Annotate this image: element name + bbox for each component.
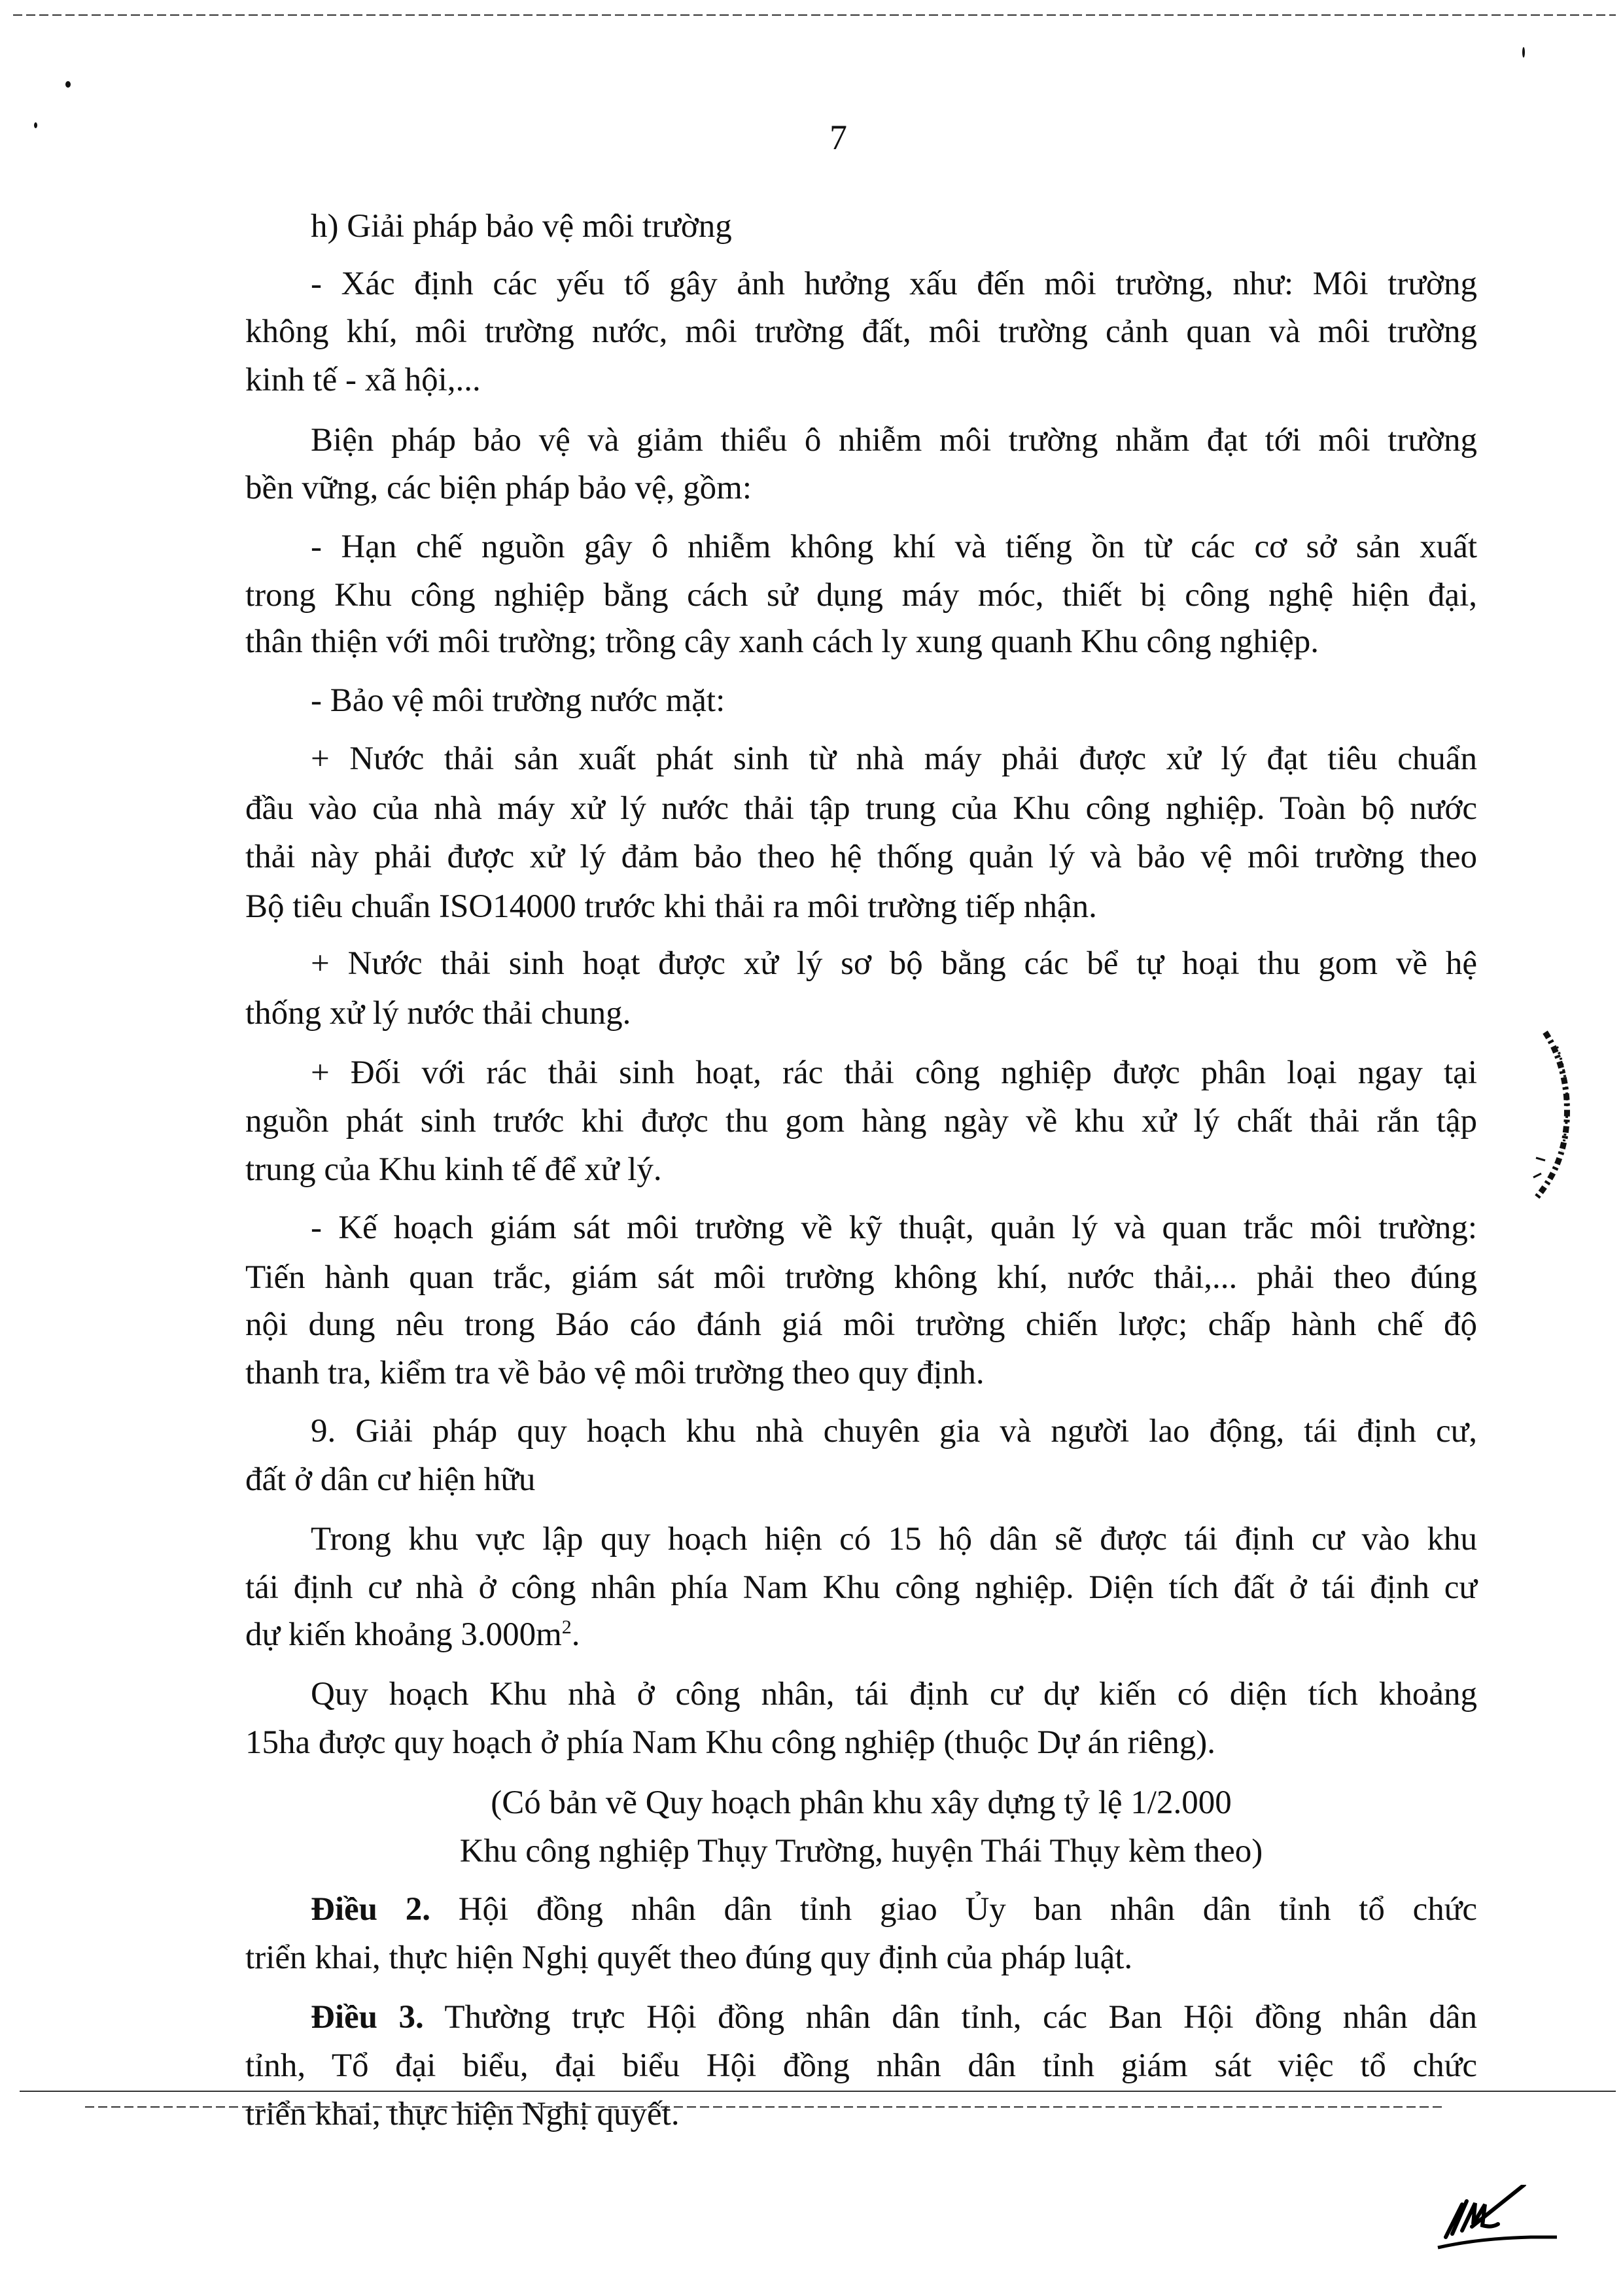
- article-2-label: Điều 2.: [311, 1891, 430, 1928]
- paragraph-line: + Nước thải sinh hoạt được xử lý sơ bộ b…: [311, 944, 1477, 983]
- scan-speck: [1522, 47, 1525, 58]
- paragraph-line: 15ha được quy hoạch ở phía Nam Khu công …: [245, 1723, 1215, 1762]
- article-2-text: Hội đồng nhân dân tỉnh giao Ủy ban nhân …: [430, 1891, 1477, 1928]
- article-3-label: Điều 3.: [311, 1999, 424, 2036]
- paragraph-line: dự kiến khoảng 3.000m2.: [245, 1615, 580, 1654]
- area-tail: .: [572, 1616, 580, 1653]
- paragraph-line: đầu vào của nhà máy xử lý nước thải tập …: [245, 789, 1477, 828]
- scan-speck: [65, 81, 71, 88]
- paragraph-line: tái định cư nhà ở công nhân phía Nam Khu…: [245, 1568, 1477, 1607]
- section-h-heading: h) Giải pháp bảo vệ môi trường: [311, 207, 732, 246]
- paragraph-line: - Xác định các yếu tố gây ảnh hưởng xấu …: [311, 264, 1477, 304]
- paragraph-line: - Bảo vệ môi trường nước mặt:: [311, 681, 725, 720]
- stamp-fragment-icon: [1531, 1027, 1590, 1204]
- paragraph-line: bền vững, các biện pháp bảo vệ, gồm:: [245, 468, 752, 508]
- section-9-heading: đất ở dân cư hiện hữu: [245, 1460, 535, 1499]
- paragraph-line: không khí, môi trường nước, môi trường đ…: [245, 312, 1477, 351]
- paragraph-line: nguồn phát sinh trước khi được thu gom h…: [245, 1102, 1477, 1141]
- article-3-text: Thường trực Hội đồng nhân dân tỉnh, các …: [424, 1999, 1477, 2036]
- page-number: 7: [829, 118, 847, 157]
- paragraph-line: trung của Khu kinh tế để xử lý.: [245, 1150, 662, 1189]
- paragraph-line: Tiến hành quan trắc, giám sát môi trường…: [245, 1258, 1477, 1297]
- paragraph-line: Bộ tiêu chuẩn ISO14000 trước khi thải ra…: [245, 887, 1097, 926]
- paragraph-line: thải này phải được xử lý đảm bảo theo hệ…: [245, 837, 1477, 877]
- area-text: dự kiến khoảng 3.000m: [245, 1616, 562, 1653]
- document-page: 7 h) Giải pháp bảo vệ môi trường - Xác đ…: [0, 0, 1623, 2296]
- bottom-scan-rule-2: [85, 2106, 1446, 2108]
- paragraph-line: Trong khu vực lập quy hoạch hiện có 15 h…: [311, 1520, 1477, 1559]
- area-superscript: 2: [562, 1616, 572, 1638]
- paragraph-line: - Hạn chế nguồn gây ô nhiễm không khí và…: [311, 527, 1477, 566]
- paragraph-line: thống xử lý nước thải chung.: [245, 994, 631, 1033]
- paragraph-line: thanh tra, kiểm tra về bảo vệ môi trường…: [245, 1353, 985, 1393]
- bottom-scan-rule: [20, 2091, 1616, 2092]
- paragraph-line: nội dung nêu trong Báo cáo đánh giá môi …: [245, 1305, 1477, 1344]
- scan-speck: [34, 122, 37, 128]
- article-2-line: Điều 2. Hội đồng nhân dân tỉnh giao Ủy b…: [311, 1890, 1477, 1929]
- paragraph-line: + Đối với rác thải sinh hoạt, rác thải c…: [311, 1053, 1477, 1092]
- section-9-heading: 9. Giải pháp quy hoạch khu nhà chuyên gi…: [311, 1412, 1477, 1451]
- signature-icon: [1433, 2185, 1577, 2257]
- article-3-line: triển khai, thực hiện Nghị quyết.: [245, 2095, 680, 2134]
- article-3-line: tỉnh, Tổ đại biểu, đại biểu Hội đồng nhâ…: [245, 2046, 1477, 2085]
- paragraph-line: thân thiện với môi trường; trồng cây xan…: [245, 622, 1319, 661]
- paragraph-line: - Kế hoạch giám sát môi trường về kỹ thu…: [311, 1208, 1477, 1247]
- article-2-line: triển khai, thực hiện Nghị quyết theo đú…: [245, 1938, 1132, 1977]
- paragraph-line: + Nước thải sản xuất phát sinh từ nhà má…: [311, 739, 1477, 778]
- paragraph-line: Quy hoạch Khu nhà ở công nhân, tái định …: [311, 1675, 1477, 1714]
- top-scan-rule: [13, 14, 1616, 16]
- paragraph-line: trong Khu công nghiệp bằng cách sử dụng …: [245, 576, 1477, 615]
- article-3-line: Điều 3. Thường trực Hội đồng nhân dân tỉ…: [311, 1998, 1477, 2037]
- drawing-note: Khu công nghiệp Thụy Trường, huyện Thái …: [245, 1832, 1477, 1871]
- paragraph-line: kinh tế - xã hội,...: [245, 360, 481, 400]
- drawing-note: (Có bản vẽ Quy hoạch phân khu xây dựng t…: [245, 1783, 1477, 1822]
- paragraph-line: Biện pháp bảo vệ và giảm thiểu ô nhiễm m…: [311, 421, 1477, 460]
